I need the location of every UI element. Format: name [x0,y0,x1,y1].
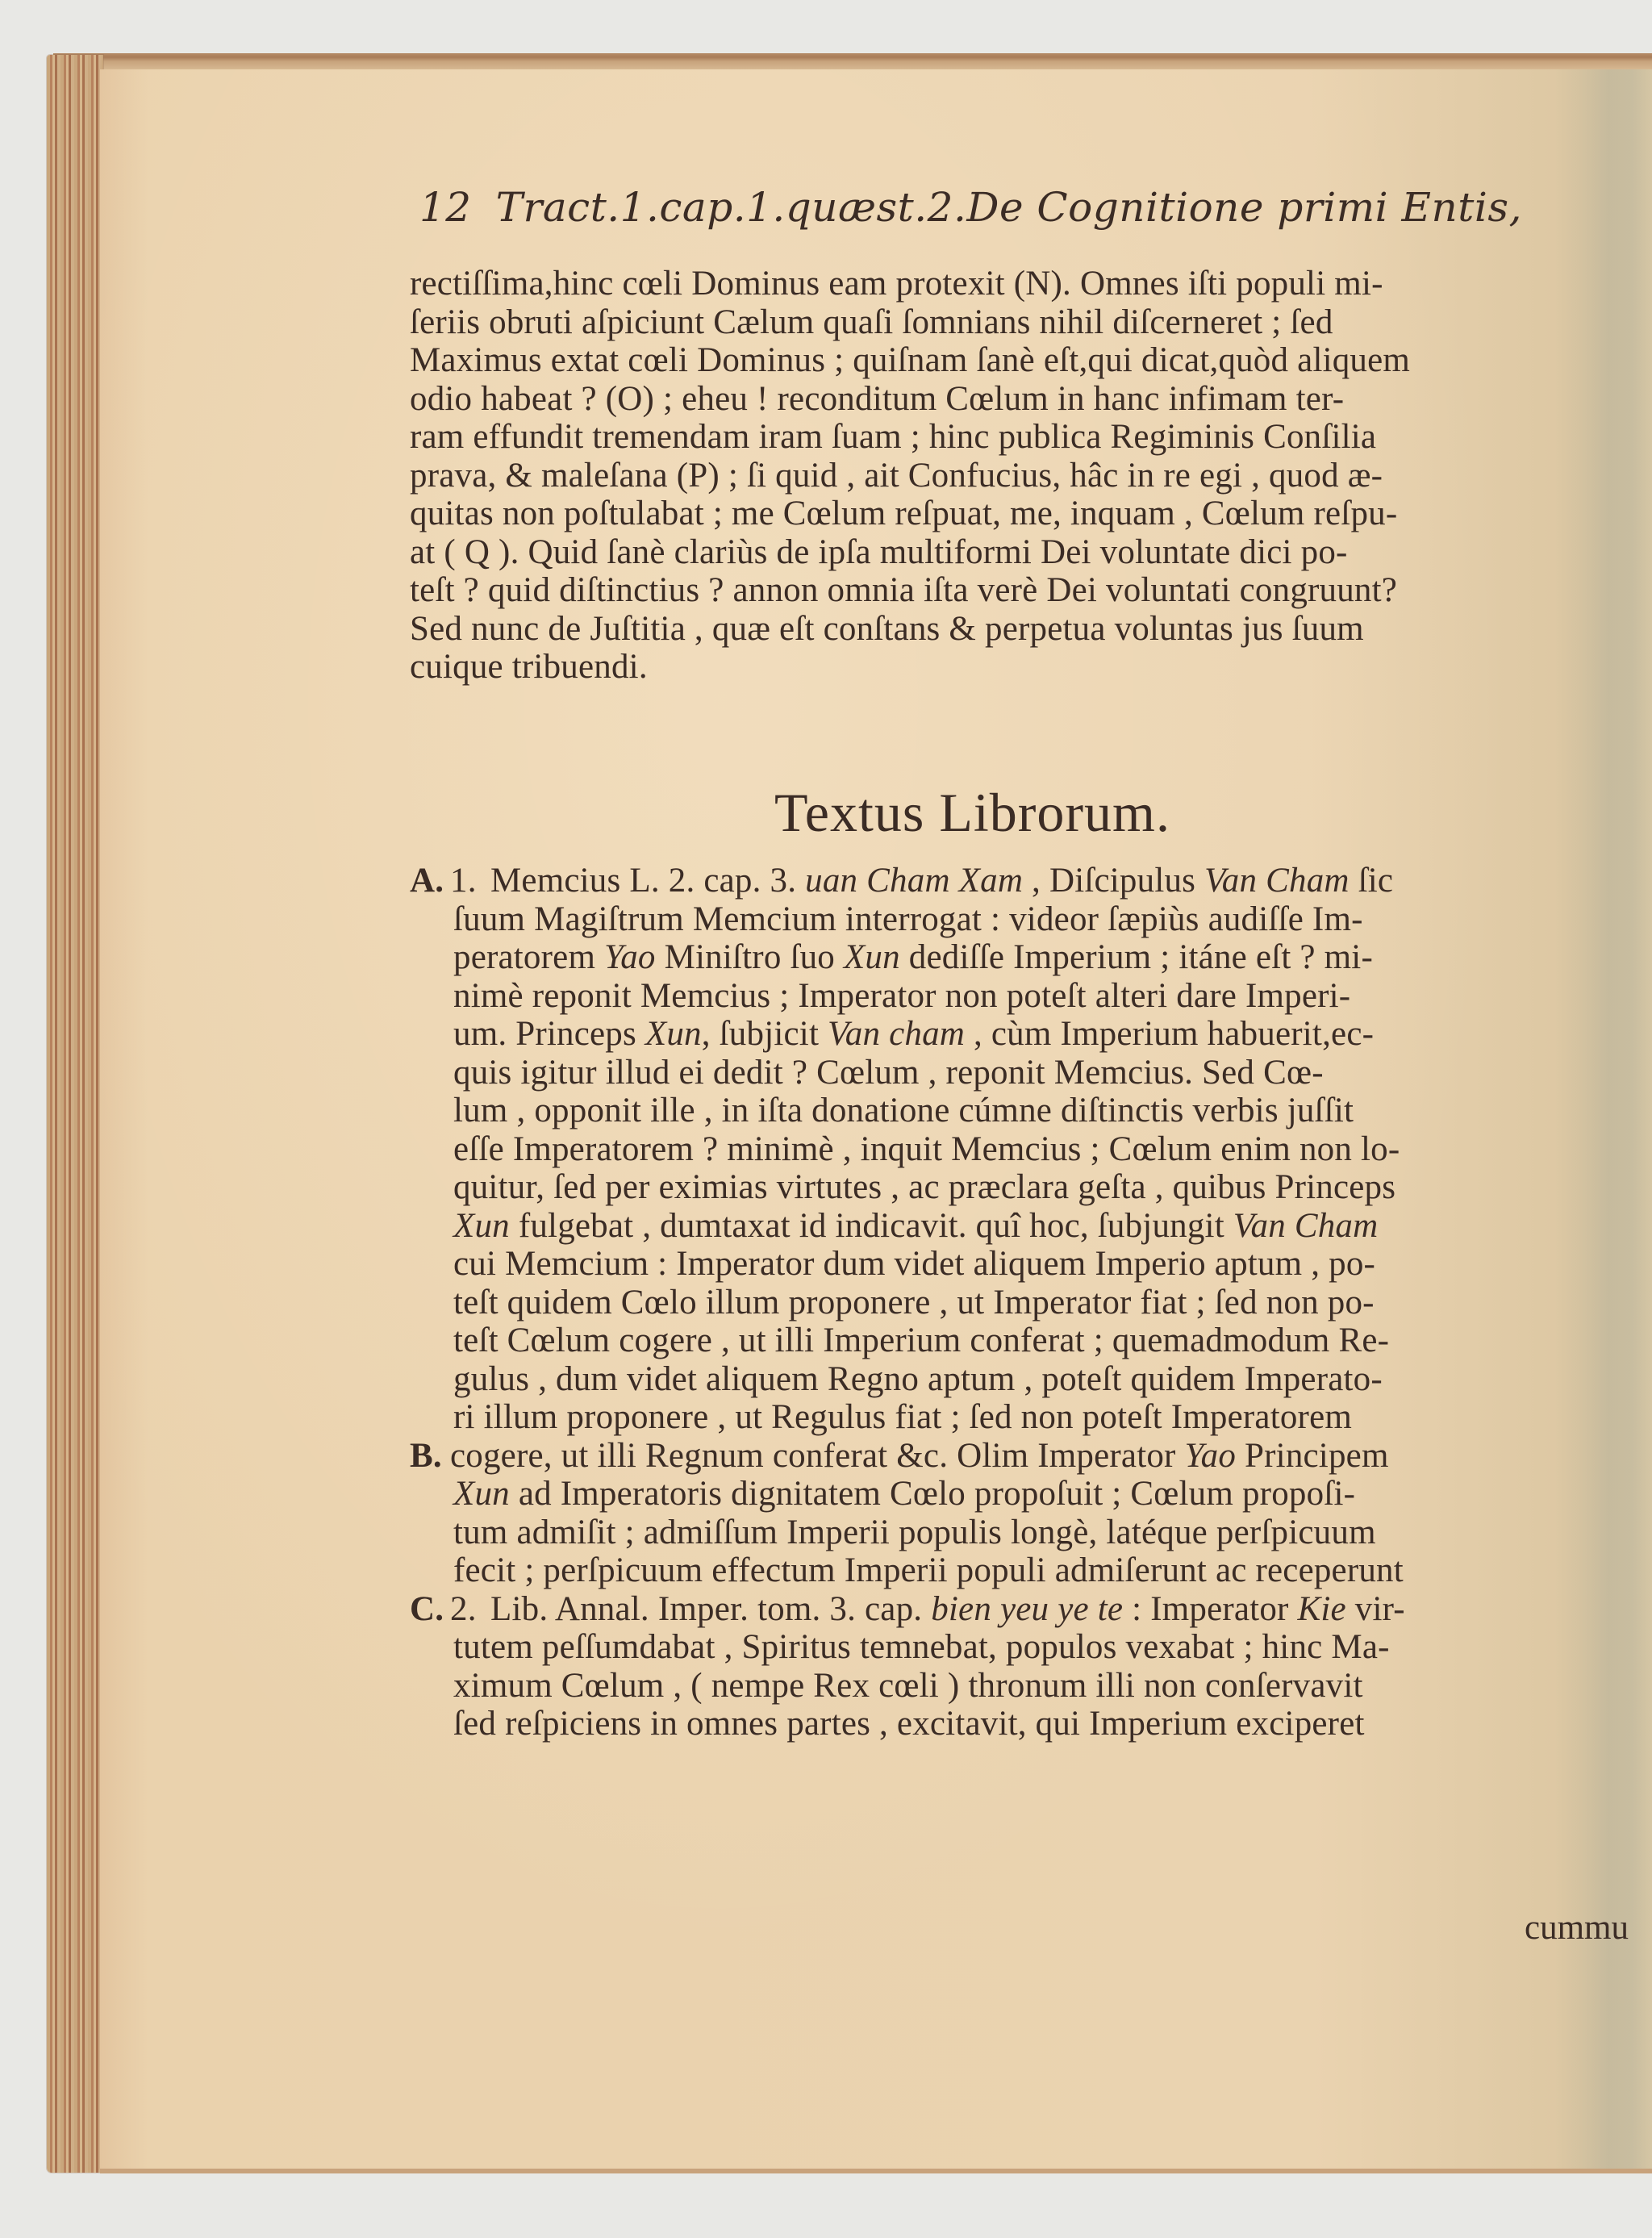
body-line: prava, & maleſana (P) ; ſi quid , ait Co… [410,457,1620,495]
reference-number: 2. [450,1590,490,1629]
italic-name: uan Cham Xam [805,862,1023,900]
top-page-edge [53,53,1652,71]
text-run: gulus , dum videt aliquem Regno aptum , … [453,1360,1383,1398]
body-line: ſeriis obruti aſpiciunt Cælum quaſi ſomn… [410,303,1620,342]
italic-name: Kie [1298,1590,1346,1628]
text-run: ſed reſpiciens in omnes partes , excitav… [453,1705,1365,1743]
reference-line: teſt Cœlum cogere , ut illi Imperium con… [410,1322,1652,1360]
body-line: quitas non poſtulabat ; me Cœlum reſpuat… [410,495,1620,533]
running-head: 12Tract.1.cap.1.quæst.2.De Cognitione pr… [419,184,1522,231]
text-run: dediſſe Imperium ; itáne eſt ? mi- [900,938,1373,976]
italic-name: Van cham [828,1015,965,1053]
reference-line: Xun fulgebat , dumtaxat id indicavit. qu… [410,1207,1652,1246]
reference-letter: A. [410,862,450,900]
reference-line: fecit ; perſpicuum effectum Imperii popu… [410,1551,1652,1590]
reference-line: peratorem Yao Miniſtro ſuo Xun dediſſe I… [410,938,1652,977]
reference-line: gulus , dum videt aliquem Regno aptum , … [410,1360,1652,1399]
section-heading: Textus Librorum. [774,781,1170,845]
reference-line: ſuum Magiſtrum Memcium interrogat : vide… [410,900,1652,939]
text-run: , cùm Imperium habuerit,ec- [965,1015,1374,1053]
reference-line: ri illum proponere , ut Regulus fiat ; ſ… [410,1398,1652,1437]
body-line: at ( Q ). Quid ſanè clariùs de ipſa mult… [410,533,1620,572]
text-run: , ſubjicit [702,1015,828,1053]
body-line: teſt ? quid diſtinctius ? annon omnia iſ… [410,571,1620,610]
text-run: Principem [1236,1437,1389,1475]
stacked-page-fore-edge [47,55,103,2173]
body-line: Maximus extat cœli Dominus ; quiſnam ſan… [410,341,1620,380]
text-run: tum admiſit ; admiſſum Imperii populis l… [453,1514,1376,1551]
text-run: fecit ; perſpicuum effectum Imperii popu… [453,1551,1404,1589]
text-run: Miniſtro ſuo [656,938,844,976]
reference-line: quis igitur illud ei dedit ? Cœlum , rep… [410,1054,1652,1092]
reference-line: nimè reponit Memcius ; Imperator non pot… [410,977,1652,1016]
text-run: peratorem [453,938,604,976]
reference-line: ſed reſpiciens in omnes partes , excitav… [410,1705,1652,1743]
text-run: um. Princeps [453,1015,645,1053]
reference-line: A.1.Memcius L. 2. cap. 3. uan Cham Xam ,… [410,862,1652,900]
page-number: 12 [419,184,472,231]
text-run: cui Memcium : Imperator dum videt alique… [453,1245,1375,1283]
italic-name: bien yeu ye te [931,1590,1123,1628]
text-run: ſic [1350,862,1394,900]
reference-number: 1. [450,862,490,900]
text-run: , Diſcipulus [1023,862,1204,900]
text-run: teſt Cœlum cogere , ut illi Imperium con… [453,1322,1389,1359]
body-line: ram effundit tremendam iram ſuam ; hinc … [410,418,1620,457]
page-scan: 12Tract.1.cap.1.quæst.2.De Cognitione pr… [0,0,1652,2238]
italic-name: Xun [453,1475,510,1513]
reference-line: cui Memcium : Imperator dum videt alique… [410,1245,1652,1284]
body-paragraph: rectiſſima,hinc cœli Dominus eam protexi… [410,265,1620,687]
reference-line: teſt quidem Cœlo illum proponere , ut Im… [410,1284,1652,1322]
references-list: A.1.Memcius L. 2. cap. 3. uan Cham Xam ,… [410,862,1652,1743]
text-run: ſuum Magiſtrum Memcium interrogat : vide… [453,900,1363,938]
italic-name: Xun [844,938,900,976]
text-run: tutem peſſumdabat , Spiritus temnebat, p… [453,1628,1390,1666]
italic-name: Yao [1185,1437,1237,1475]
text-run: vir- [1346,1590,1405,1628]
body-line: odio habeat ? (O) ; eheu ! reconditum Cœ… [410,380,1620,419]
italic-name: Van Cham [1204,862,1350,900]
italic-name: Van Cham [1233,1207,1379,1245]
text-run: : Imperator [1123,1590,1297,1628]
reference-line: Xun ad Imperatoris dignitatem Cœlo propo… [410,1475,1652,1514]
text-run: ad Imperatoris dignitatem Cœlo propoſuit… [510,1475,1355,1513]
text-run: fulgebat , dumtaxat id indicavit. quî ho… [510,1207,1233,1245]
reference-letter: C. [410,1590,450,1629]
reference-line: tutem peſſumdabat , Spiritus temnebat, p… [410,1628,1652,1667]
reference-line: quitur, ſed per eximias virtutes , ac pr… [410,1168,1652,1207]
reference-letter: B. [410,1437,450,1476]
italic-name: Xun [453,1207,510,1245]
text-run: teſt quidem Cœlo illum proponere , ut Im… [453,1284,1375,1322]
body-line: cuique tribuendi. [410,648,1620,687]
text-run: Memcius L. 2. cap. 3. [490,862,805,900]
reference-line: tum admiſit ; admiſſum Imperii populis l… [410,1514,1652,1552]
reference-line: C.2.Lib. Annal. Imper. tom. 3. cap. bien… [410,1590,1652,1629]
text-run: nimè reponit Memcius ; Imperator non pot… [453,977,1350,1015]
text-run: ximum Cœlum , ( nempe Rex cœli ) thronum… [453,1667,1363,1705]
text-run: lum , opponit ille , in iſta donatione c… [453,1092,1354,1129]
italic-name: Xun [645,1015,702,1053]
reference-line: eſſe Imperatorem ? minimè , inquit Memci… [410,1130,1652,1169]
text-run: eſſe Imperatorem ? minimè , inquit Memci… [453,1130,1400,1168]
running-head-title: Tract.1.cap.1.quæst.2.De Cognitione prim… [496,184,1522,231]
text-run: Lib. Annal. Imper. tom. 3. cap. [490,1590,931,1628]
text-run: cogere, ut illi Regnum conferat &c. Olim… [450,1437,1185,1475]
reference-line: um. Princeps Xun, ſubjicit Van cham , cù… [410,1015,1652,1054]
reference-line: ximum Cœlum , ( nempe Rex cœli ) thronum… [410,1667,1652,1706]
body-line: Sed nunc de Juſtitia , quæ eſt conſtans … [410,610,1620,649]
reference-line: lum , opponit ille , in iſta donatione c… [410,1092,1652,1130]
text-run: quis igitur illud ei dedit ? Cœlum , rep… [453,1054,1324,1092]
italic-name: Yao [604,938,656,976]
text-run: ri illum proponere , ut Regulus fiat ; ſ… [453,1398,1352,1436]
body-line: rectiſſima,hinc cœli Dominus eam protexi… [410,265,1620,303]
catchword: cummu [1525,1908,1629,1948]
text-run: quitur, ſed per eximias virtutes , ac pr… [453,1168,1395,1206]
bottom-page-edge [100,2169,1652,2173]
reference-line: B.cogere, ut illi Regnum conferat &c. Ol… [410,1437,1652,1476]
